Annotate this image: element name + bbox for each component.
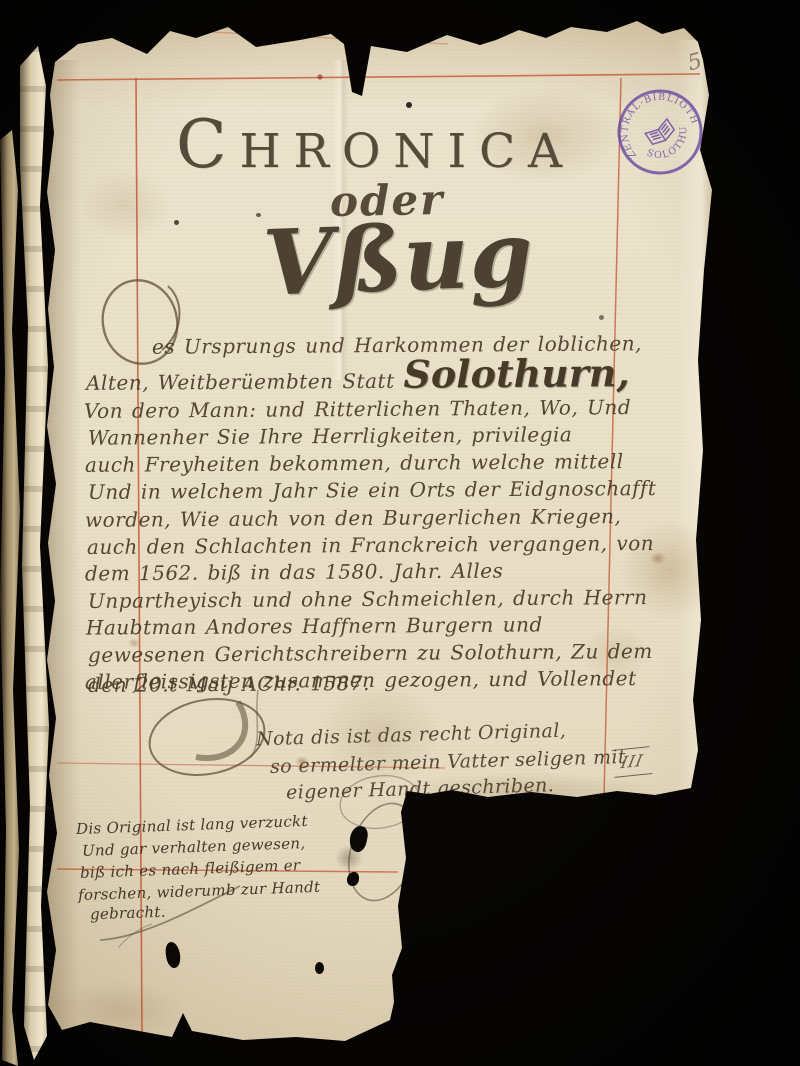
body-text-line: Wannenher Sie Ihre Herrligkeiten, privil… [88,422,572,449]
photograph-background: Chronica oder Vßug es Ursprungs und Hark… [0,0,800,1066]
page-title: Chronica [176,106,575,183]
body-text-line: worden, Wie auch von den Burgerlichen Kr… [85,504,622,532]
body-text-line: Und in welchem Jahr Sie ein Orts der Eid… [88,476,657,504]
city-word-solothurn: Solothurn, [403,350,630,397]
subtitle-blackletter: Vßug [261,201,535,316]
nota-initial-flourish [143,690,271,785]
body-text-line: auch den Schlachten in Franckreich verga… [87,531,654,559]
body-text-line: Alten, Weitberüembten Statt Solothurn, [86,350,630,399]
body-text-line: Von dero Mann: und Ritterlichen Thaten, … [84,395,631,423]
body-text-line: den 20.t Maij AChr. 1587. [88,671,370,697]
marginal-note-line: gebracht. [90,903,166,924]
body-text-line: dem 1562. biß in das 1580. Jahr. Alles [85,559,503,586]
spine-shading [16,46,52,1060]
library-stamp: ZENTRAL-BIBLIOTHEK- SOLOTHURN [600,72,720,192]
quire-mark: III [612,746,653,778]
body-text-line: Unpartheyisch und ohne Schmeichlen, durc… [88,585,648,613]
spine-torn-layer [0,130,22,1066]
manuscript-page: Chronica oder Vßug es Ursprungs und Hark… [0,0,800,1066]
stamp-book-icon [645,119,676,148]
body-text-line: auch Freyheiten bekommen, durch welche m… [85,449,624,477]
body-text-line: Haubtman Andores Haffnern Burgern und [86,612,543,639]
body-text-line: gewesenen Gerichtschreibern zu Solothurn… [88,639,653,667]
